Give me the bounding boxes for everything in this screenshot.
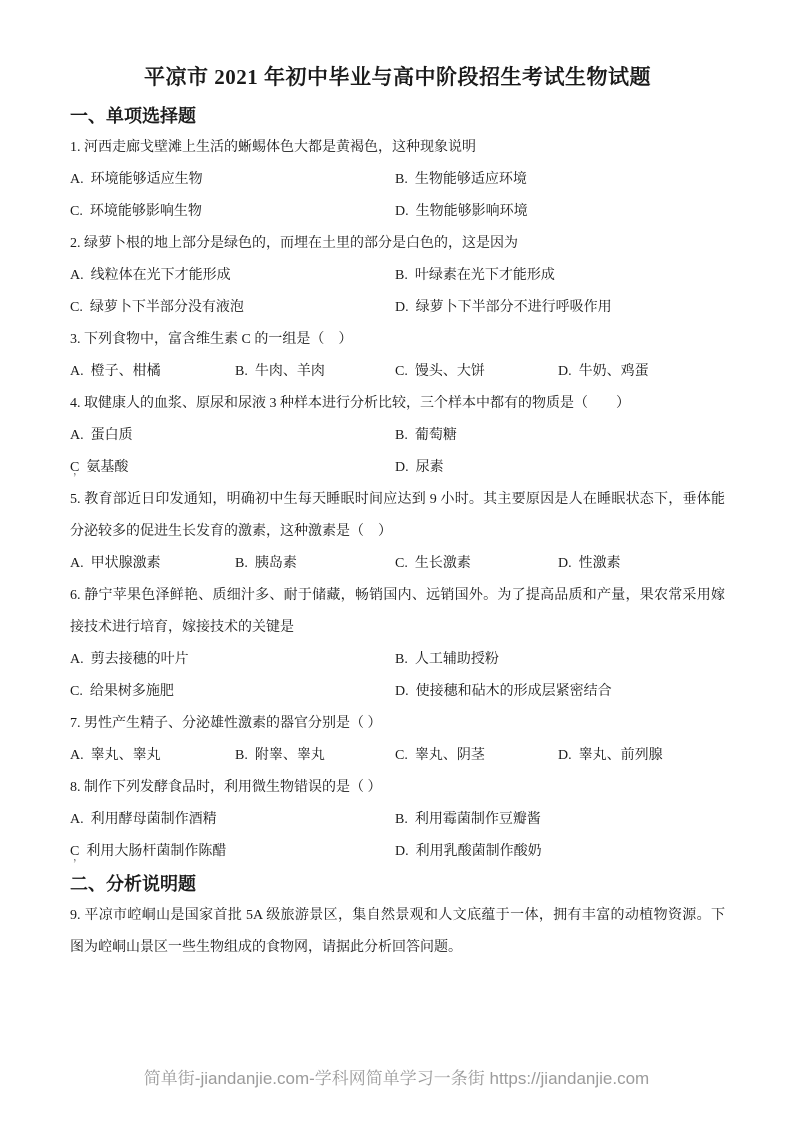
question-7-option-c: C. 睾丸、阴茎 [395,740,558,772]
question-8-option-d: D. 利用乳酸菌制作酸奶 [395,836,725,868]
question-8-option-a: A. 利用酵母菌制作酒精 [70,804,395,836]
question-5-option-b: B. 胰岛素 [235,548,395,580]
question-4-stem: 4. 取健康人的血浆、原尿和尿液 3 种样本进行分析比较，三个样本中都有的物质是… [70,388,725,420]
question-4-option-c: C 氨基酸 [70,452,395,484]
question-9-stem-line-2: 图为崆峒山景区一些生物组成的食物网，请据此分析回答问题。 [70,932,725,964]
question-5-option-c: C. 生长激素 [395,548,558,580]
question-3-option-b: B. 牛肉、羊肉 [235,356,395,388]
question-5-option-a: A. 甲状腺激素 [70,548,235,580]
question-1-option-c: C. 环境能够影响生物 [70,196,395,228]
footer-watermark: 简单街-jiandanjie.com-学科网简单学习一条街 https://ji… [0,1066,793,1092]
question-6-options-row-1: A. 剪去接穗的叶片 B. 人工辅助授粉 [70,644,725,676]
section-heading-2: 二、分析说明题 [70,868,725,900]
question-6-option-a: A. 剪去接穗的叶片 [70,644,395,676]
question-2-stem: 2. 绿萝卜根的地上部分是绿色的，而埋在土里的部分是白色的，这是因为 [70,228,725,260]
question-2-option-d: D. 绿萝卜下半部分不进行呼吸作用 [395,292,725,324]
question-3-option-c: C. 馒头、大饼 [395,356,558,388]
question-4-options-row-1: A. 蛋白质 B. 葡萄糖 [70,420,725,452]
question-1-options-row-1: A. 环境能够适应生物 B. 生物能够适应环境 [70,164,725,196]
question-1-option-b: B. 生物能够适应环境 [395,164,725,196]
question-5-options-row: A. 甲状腺激素 B. 胰岛素 C. 生长激素 D. 性激素 [70,548,725,580]
page-content: 平凉市 2021 年初中毕业与高中阶段招生考试生物试题 一、单项选择题 1. 河… [70,0,725,964]
question-3-option-d: D. 牛奶、鸡蛋 [558,356,725,388]
question-7-options-row: A. 睾丸、睾丸 B. 附睾、睾丸 C. 睾丸、阴茎 D. 睾丸、前列腺 [70,740,725,772]
question-7-option-a: A. 睾丸、睾丸 [70,740,235,772]
exam-paper-page: 平凉市 2021 年初中毕业与高中阶段招生考试生物试题 一、单项选择题 1. 河… [0,0,793,1122]
question-3-options-row: A. 橙子、柑橘 B. 牛肉、羊肉 C. 馒头、大饼 D. 牛奶、鸡蛋 [70,356,725,388]
question-4-options-row-2: C 氨基酸 D. 尿素 [70,452,725,484]
question-8-options-row-1: A. 利用酵母菌制作酒精 B. 利用霉菌制作豆瓣酱 [70,804,725,836]
question-6-options-row-2: C. 给果树多施肥 D. 使接穗和砧木的形成层紧密结合 [70,676,725,708]
question-4-option-d: D. 尿素 [395,452,725,484]
question-8-option-c: C 利用大肠杆菌制作陈醋 [70,836,395,868]
section-heading-1: 一、单项选择题 [70,100,725,132]
question-5-option-d: D. 性激素 [558,548,725,580]
page-title: 平凉市 2021 年初中毕业与高中阶段招生考试生物试题 [70,62,725,92]
question-2-option-a: A. 线粒体在光下才能形成 [70,260,395,292]
question-7-option-b: B. 附睾、睾丸 [235,740,395,772]
question-6-option-b: B. 人工辅助授粉 [395,644,725,676]
question-7-option-d: D. 睾丸、前列腺 [558,740,725,772]
question-8-options-row-2: C 利用大肠杆菌制作陈醋 D. 利用乳酸菌制作酸奶 [70,836,725,868]
question-2-option-c: C. 绿萝卜下半部分没有液泡 [70,292,395,324]
question-1-option-d: D. 生物能够影响环境 [395,196,725,228]
question-5-stem-line-1: 5. 教育部近日印发通知，明确初中生每天睡眠时间应达到 9 小时。其主要原因是人… [70,484,725,516]
scan-artifact-mark: ， [73,466,84,477]
question-1-option-a: A. 环境能够适应生物 [70,164,395,196]
question-1-options-row-2: C. 环境能够影响生物 D. 生物能够影响环境 [70,196,725,228]
question-6-option-d: D. 使接穗和砧木的形成层紧密结合 [395,676,725,708]
question-2-option-b: B. 叶绿素在光下才能形成 [395,260,725,292]
question-2-options-row-1: A. 线粒体在光下才能形成 B. 叶绿素在光下才能形成 [70,260,725,292]
question-6-stem-line-1: 6. 静宁苹果色泽鲜艳、质细汁多、耐于储藏，畅销国内、远销国外。为了提高品质和产… [70,580,725,612]
question-3-option-a: A. 橙子、柑橘 [70,356,235,388]
scan-artifact-mark: ， [73,852,84,863]
question-6-stem-line-2: 接技术进行培育，嫁接技术的关键是 [70,612,725,644]
question-1-stem: 1. 河西走廊戈壁滩上生活的蜥蜴体色大都是黄褐色，这种现象说明 [70,132,725,164]
question-8-stem: 8. 制作下列发酵食品时，利用微生物错误的是（ ） [70,772,725,804]
question-4-option-b: B. 葡萄糖 [395,420,725,452]
question-5-stem-line-2: 分泌较多的促进生长发育的激素，这种激素是（ ） [70,516,725,548]
question-7-stem: 7. 男性产生精子、分泌雄性激素的器官分别是（ ） [70,708,725,740]
question-8-option-b: B. 利用霉菌制作豆瓣酱 [395,804,725,836]
question-9-stem-line-1: 9. 平凉市崆峒山是国家首批 5A 级旅游景区，集自然景观和人文底蕴于一体，拥有… [70,900,725,932]
question-3-stem: 3. 下列食物中，富含维生素 C 的一组是（ ） [70,324,725,356]
question-4-option-a: A. 蛋白质 [70,420,395,452]
question-6-option-c: C. 给果树多施肥 [70,676,395,708]
question-2-options-row-2: C. 绿萝卜下半部分没有液泡 D. 绿萝卜下半部分不进行呼吸作用 [70,292,725,324]
